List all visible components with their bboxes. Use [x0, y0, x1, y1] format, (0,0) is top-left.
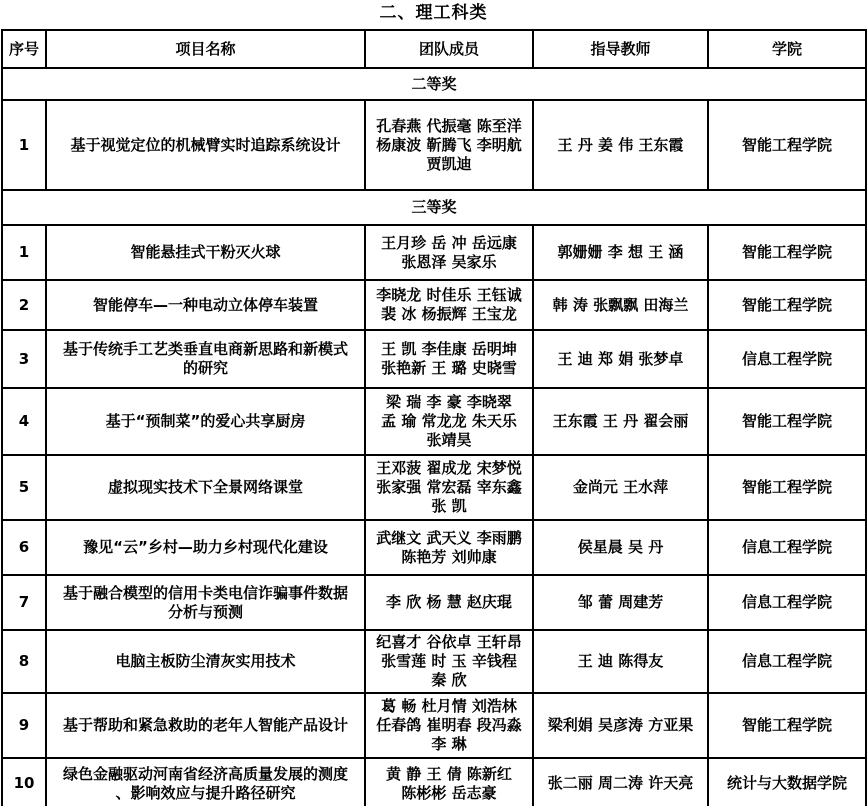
cell-project: 基于视觉定位的机械臂实时追踪系统设计: [46, 100, 365, 190]
cell-no: 6: [2, 520, 46, 575]
table-body: 二等奖1基于视觉定位的机械臂实时追踪系统设计孔春燕 代振毫 陈至洋 杨康波 靳腾…: [2, 68, 866, 806]
cell-members: 黄 静 王 倩 陈新红 陈彬彬 岳志豪: [365, 758, 533, 806]
cell-no: 7: [2, 575, 46, 630]
cell-no: 8: [2, 630, 46, 693]
table-row: 2智能停车—一种电动立体停车装置李晓龙 时佳乐 王钰诚 裴 冰 杨振辉 王宝龙韩…: [2, 280, 866, 330]
table-row: 3基于传统手工艺类垂直电商新思路和新模式 的研究王 凯 李佳康 岳明坤 张艳新 …: [2, 330, 866, 388]
cell-college: 信息工程学院: [708, 330, 866, 388]
cell-project: 虚拟现实技术下全景网络课堂: [46, 455, 365, 520]
column-header-advisors: 指导教师: [533, 30, 708, 68]
cell-project: 基于“预制菜”的爱心共享厨房: [46, 388, 365, 455]
awards-table: 序号 项目名称 团队成员 指导教师 学院 二等奖1基于视觉定位的机械臂实时追踪系…: [1, 29, 867, 806]
cell-college: 统计与大数据学院: [708, 758, 866, 806]
cell-advisors: 金尚元 王水萍: [533, 455, 708, 520]
table-row: 4基于“预制菜”的爱心共享厨房梁 瑞 李 豪 李晓翠 孟 瑜 常龙龙 朱天乐 张…: [2, 388, 866, 455]
table-row: 1基于视觉定位的机械臂实时追踪系统设计孔春燕 代振毫 陈至洋 杨康波 靳腾飞 李…: [2, 100, 866, 190]
table-row: 5虚拟现实技术下全景网络课堂王邓菠 翟成龙 宋梦悦 张家强 常宏磊 宰东鑫 张 …: [2, 455, 866, 520]
cell-no: 1: [2, 225, 46, 280]
cell-college: 智能工程学院: [708, 455, 866, 520]
cell-advisors: 王 迪 陈得友: [533, 630, 708, 693]
cell-no: 10: [2, 758, 46, 806]
table-header: 序号 项目名称 团队成员 指导教师 学院: [2, 30, 866, 68]
cell-members: 李 欣 杨 慧 赵庆琨: [365, 575, 533, 630]
cell-project: 豫见“云”乡村—助力乡村现代化建设: [46, 520, 365, 575]
cell-project: 智能悬挂式干粉灭火球: [46, 225, 365, 280]
cell-college: 智能工程学院: [708, 388, 866, 455]
cell-advisors: 邹 蕾 周建芳: [533, 575, 708, 630]
cell-project: 基于融合模型的信用卡类电信诈骗事件数据 分析与预测: [46, 575, 365, 630]
cell-advisors: 梁利娟 吴彦涛 方亚果: [533, 693, 708, 758]
award-section-label: 三等奖: [2, 190, 866, 225]
header-row: 序号 项目名称 团队成员 指导教师 学院: [2, 30, 866, 68]
cell-college: 信息工程学院: [708, 630, 866, 693]
column-header-no: 序号: [2, 30, 46, 68]
cell-project: 绿色金融驱动河南省经济高质量发展的测度 、影响效应与提升路径研究: [46, 758, 365, 806]
cell-members: 武继文 武天义 李雨鹏 陈艳芳 刘帅康: [365, 520, 533, 575]
cell-no: 5: [2, 455, 46, 520]
cell-project: 基于帮助和紧急救助的老年人智能产品设计: [46, 693, 365, 758]
cell-project: 电脑主板防尘清灰实用技术: [46, 630, 365, 693]
page-title: 二、理工科类: [0, 0, 867, 29]
award-section-row: 二等奖: [2, 68, 866, 100]
award-section-row: 三等奖: [2, 190, 866, 225]
cell-members: 葛 畅 杜月情 刘浩林 任春鸽 崔明春 段冯淼 李 琳: [365, 693, 533, 758]
cell-advisors: 张二丽 周二涛 许天亮: [533, 758, 708, 806]
cell-project: 基于传统手工艺类垂直电商新思路和新模式 的研究: [46, 330, 365, 388]
column-header-college: 学院: [708, 30, 866, 68]
column-header-project: 项目名称: [46, 30, 365, 68]
table-row: 10绿色金融驱动河南省经济高质量发展的测度 、影响效应与提升路径研究黄 静 王 …: [2, 758, 866, 806]
cell-college: 智能工程学院: [708, 280, 866, 330]
table-row: 8电脑主板防尘清灰实用技术纪喜才 谷依卓 王轩昂 张雪莲 时 玉 辛钱程 秦 欣…: [2, 630, 866, 693]
table-row: 1智能悬挂式干粉灭火球王月珍 岳 冲 岳远康 张恩泽 吴家乐郭姗姗 李 想 王 …: [2, 225, 866, 280]
cell-members: 王邓菠 翟成龙 宋梦悦 张家强 常宏磊 宰东鑫 张 凯: [365, 455, 533, 520]
cell-no: 1: [2, 100, 46, 190]
cell-members: 李晓龙 时佳乐 王钰诚 裴 冰 杨振辉 王宝龙: [365, 280, 533, 330]
cell-college: 智能工程学院: [708, 100, 866, 190]
column-header-members: 团队成员: [365, 30, 533, 68]
cell-college: 信息工程学院: [708, 520, 866, 575]
cell-advisors: 王 迪 郑 娟 张梦卓: [533, 330, 708, 388]
cell-members: 纪喜才 谷依卓 王轩昂 张雪莲 时 玉 辛钱程 秦 欣: [365, 630, 533, 693]
cell-members: 孔春燕 代振毫 陈至洋 杨康波 靳腾飞 李明航 贾凯迪: [365, 100, 533, 190]
cell-advisors: 侯星晨 吴 丹: [533, 520, 708, 575]
cell-no: 9: [2, 693, 46, 758]
cell-project: 智能停车—一种电动立体停车装置: [46, 280, 365, 330]
award-section-label: 二等奖: [2, 68, 866, 100]
cell-members: 王月珍 岳 冲 岳远康 张恩泽 吴家乐: [365, 225, 533, 280]
cell-advisors: 韩 涛 张飘飘 田海兰: [533, 280, 708, 330]
table-row: 9基于帮助和紧急救助的老年人智能产品设计葛 畅 杜月情 刘浩林 任春鸽 崔明春 …: [2, 693, 866, 758]
cell-no: 2: [2, 280, 46, 330]
cell-college: 智能工程学院: [708, 225, 866, 280]
cell-advisors: 王东霞 王 丹 翟会丽: [533, 388, 708, 455]
cell-members: 王 凯 李佳康 岳明坤 张艳新 王 璐 史晓雪: [365, 330, 533, 388]
cell-college: 信息工程学院: [708, 575, 866, 630]
cell-advisors: 王 丹 姜 伟 王东霞: [533, 100, 708, 190]
cell-no: 3: [2, 330, 46, 388]
cell-advisors: 郭姗姗 李 想 王 涵: [533, 225, 708, 280]
cell-members: 梁 瑞 李 豪 李晓翠 孟 瑜 常龙龙 朱天乐 张靖昊: [365, 388, 533, 455]
document-page: 二、理工科类 序号 项目名称 团队成员 指导教师 学院 二等奖1基于视觉定位的机…: [0, 0, 867, 806]
cell-no: 4: [2, 388, 46, 455]
table-row: 6豫见“云”乡村—助力乡村现代化建设武继文 武天义 李雨鹏 陈艳芳 刘帅康侯星晨…: [2, 520, 866, 575]
cell-college: 智能工程学院: [708, 693, 866, 758]
table-row: 7基于融合模型的信用卡类电信诈骗事件数据 分析与预测李 欣 杨 慧 赵庆琨邹 蕾…: [2, 575, 866, 630]
